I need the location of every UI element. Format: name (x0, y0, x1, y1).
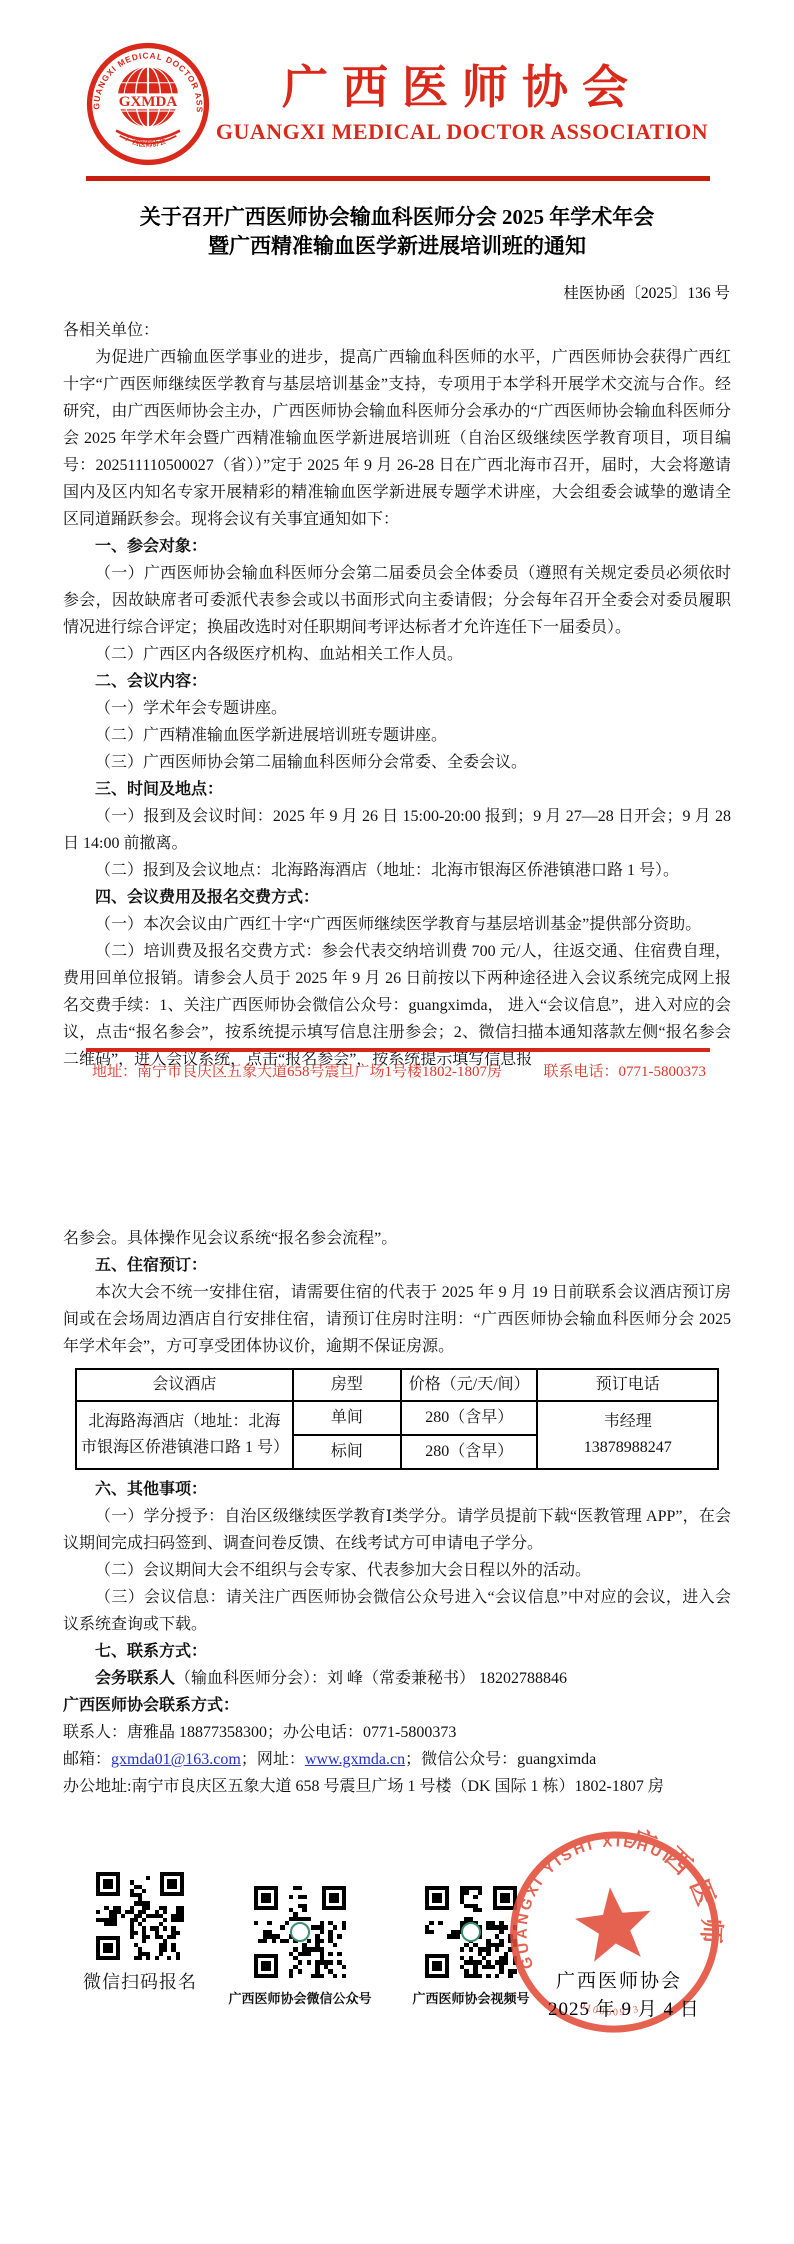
document-title-line1: 关于召开广西医师协会输血科医师分会 2025 年学术年会 (40, 203, 754, 232)
section7-heading: 七、联系方式： (63, 1638, 731, 1665)
section4-heading: 四、会议费用及报名交费方式： (63, 884, 731, 911)
section2-heading: 二、会议内容： (63, 668, 731, 695)
association-contact-heading: 广西医师协会联系方式： (63, 1692, 731, 1719)
section3-heading: 三、时间及地点： (63, 776, 731, 803)
section6-item: （二）会议期间大会不组织与会专家、代表参加大会日程以外的活动。 (63, 1557, 731, 1584)
wechat-label: ；微信公众号：guangximda (405, 1751, 596, 1768)
continued-paragraph: 名参会。具体操作见会议系统“报名参会流程”。 (63, 1225, 731, 1252)
letterhead-titles: 广西医师协会 GUANGXI MEDICAL DOCTOR ASSOCIATIO… (210, 63, 734, 146)
email-label: 邮箱： (63, 1751, 111, 1768)
room-type-cell: 标间 (293, 1435, 401, 1469)
section1-heading: 一、参会对象： (63, 533, 731, 560)
hotel-table-header-row: 会议酒店 房型 价格（元/天/间） 预订电话 (76, 1369, 718, 1401)
qr-center-logo-icon (290, 1922, 310, 1942)
svg-text:GXMDA: GXMDA (119, 94, 178, 110)
signature-date: 2025 年 9 月 4 日 (548, 1994, 700, 2021)
seal-star-icon (572, 1883, 655, 1963)
page1-body: 各相关单位： 为促进广西输血医学事业的进步，提高广西输血科医师的水平，广西医师协… (63, 317, 731, 1073)
website-label: ；网址： (241, 1751, 305, 1768)
website-link[interactable]: www.gxmda.cn (305, 1751, 405, 1768)
gxmda-logo-icon: GUANGXI MEDICAL DOCTOR ASSOCIATION GXMDA… (86, 42, 210, 166)
section6-heading: 六、其他事项： (63, 1476, 731, 1503)
document-number: 桂医协函〔2025〕136 号 (0, 281, 730, 303)
qr-finder-icon (254, 1954, 278, 1978)
document-title: 关于召开广西医师协会输血科医师分会 2025 年学术年会 暨广西精准输血医学新进… (40, 203, 754, 261)
document-page: GUANGXI MEDICAL DOCTOR ASSOCIATION GXMDA… (0, 0, 794, 2244)
qr-finder-icon (96, 1936, 120, 1960)
section2-item: （一）学术年会专题讲座。 (63, 695, 731, 722)
section1-item: （一）广西医师协会输血科医师分会第二届委员会全体委员（遵照有关规定委员必须依时参… (63, 560, 731, 641)
registration-qr-group: 微信扫码报名 (76, 1872, 204, 1994)
qr-finder-icon (425, 1886, 449, 1910)
salutation: 各相关单位： (63, 317, 731, 344)
email-link[interactable]: gxmda01@163.com (111, 1751, 241, 1768)
booking-contact-name: 韦经理 (542, 1409, 713, 1435)
conference-contact-label: 会务联系人 (95, 1670, 175, 1687)
hotel-col-header: 会议酒店 (76, 1369, 293, 1401)
price-cell: 280（含早） (401, 1435, 537, 1469)
footer-phone: 联系电话：0771-5800373 (544, 1061, 707, 1083)
hotel-table: 会议酒店 房型 价格（元/天/间） 预订电话 北海路海酒店（地址：北海市银海区侨… (75, 1368, 719, 1470)
section5-heading: 五、住宿预订： (63, 1252, 731, 1279)
section6-item: （一）学分授予：自治区级继续医学教育Ⅰ类学分。请学员提前下载“医教管理 APP”… (63, 1503, 731, 1557)
page2-body: 名参会。具体操作见会议系统“报名参会流程”。 五、住宿预订： 本次大会不统一安排… (63, 1225, 731, 1800)
association-contact-online: 邮箱：gxmda01@163.com；网址：www.gxmda.cn；微信公众号… (63, 1746, 731, 1773)
conference-contact-detail: （输血科医师分会）：刘 峰（常委兼秘书） 18202788846 (175, 1670, 567, 1687)
document-title-line2: 暨广西精准输血医学新进展培训班的通知 (40, 232, 754, 261)
price-cell: 280（含早） (401, 1401, 537, 1435)
qr-finder-icon (160, 1872, 184, 1896)
price-col-header: 价格（元/天/间） (401, 1369, 537, 1401)
org-name-en: GUANGXI MEDICAL DOCTOR ASSOCIATION (210, 119, 714, 145)
conference-contact-line: 会务联系人（输血科医师分会）：刘 峰（常委兼秘书） 18202788846 (63, 1665, 731, 1692)
letterhead: GUANGXI MEDICAL DOCTOR ASSOCIATION GXMDA… (0, 0, 794, 166)
hotel-name-cell: 北海路海酒店（地址：北海市银海区侨港镇港口路 1 号） (76, 1401, 293, 1469)
signature-block: 微信扫码报名 广西医师协会微信公众号 广西医师协会视频号 广西医师协会 (0, 1830, 794, 2060)
page1-footer: 地址：南宁市良庆区五象大道658号震旦广场1号楼1802-1807房 联系电话：… (0, 1048, 794, 1083)
association-contact-person: 联系人：唐雅晶 18877358300；办公电话：0771-5800373 (63, 1719, 731, 1746)
booking-contact-phone: 13878988247 (542, 1435, 713, 1461)
booking-contact-cell: 韦经理 13878988247 (537, 1401, 718, 1469)
section6-item: （三）会议信息：请关注广西医师协会微信公众号进入“会议信息”中对应的会议，进入会… (63, 1584, 731, 1638)
footer-address: 地址：南宁市良庆区五象大道658号震旦广场1号楼1802-1807房 (92, 1061, 502, 1083)
qr-finder-icon (96, 1872, 120, 1896)
registration-qr-code-icon (96, 1872, 184, 1960)
footer-divider (86, 1048, 710, 1052)
qr-finder-icon (254, 1886, 278, 1910)
letterhead-divider (86, 176, 710, 181)
section2-item: （三）广西医师协会第二届输血科医师分会常委、全委会议。 (63, 749, 731, 776)
intro-paragraph: 为促进广西输血医学事业的进步，提高广西输血科医师的水平，广西医师协会获得广西红十… (63, 344, 731, 533)
qr-finder-icon (322, 1886, 346, 1910)
office-address-line: 办公地址:南宁市良庆区五象大道 658 号震旦广场 1 号楼（DK 国际 1 栋… (63, 1773, 731, 1800)
wechat-official-qr-label: 广西医师协会微信公众号 (222, 1988, 378, 2007)
table-row: 北海路海酒店（地址：北海市银海区侨港镇港口路 1 号） 单间 280（含早） 韦… (76, 1401, 718, 1435)
section5-paragraph: 本次大会不统一安排住宿，请需要住宿的代表于 2025 年 9 月 19 日前联系… (63, 1279, 731, 1360)
section4-item: （一）本次会议由广西红十字“广西医师继续医学教育与基层培训基金”提供部分资助。 (63, 911, 731, 938)
signature-org: 广西医师协会 (556, 1966, 682, 1993)
qr-finder-icon (425, 1954, 449, 1978)
section3-item: （二）报到及会议地点：北海路海酒店（地址：北海市银海区侨港镇港口路 1 号）。 (63, 857, 731, 884)
org-name-cn: 广西医师协会 (210, 63, 714, 114)
tel-col-header: 预订电话 (537, 1369, 718, 1401)
wechat-official-qr-group: 广西医师协会微信公众号 (222, 1886, 378, 2007)
section3-item: （一）报到及会议时间：2025 年 9 月 26 日 15:00-20:00 报… (63, 803, 731, 857)
section2-item: （二）广西精准输血医学新进展培训班专题讲座。 (63, 722, 731, 749)
section1-item: （二）广西区内各级医疗机构、血站相关工作人员。 (63, 641, 731, 668)
qr-center-logo-icon (461, 1922, 481, 1942)
room-col-header: 房型 (293, 1369, 401, 1401)
wechat-official-qr-code-icon (254, 1886, 346, 1978)
registration-qr-label: 微信扫码报名 (76, 1968, 204, 1994)
room-type-cell: 单间 (293, 1401, 401, 1435)
